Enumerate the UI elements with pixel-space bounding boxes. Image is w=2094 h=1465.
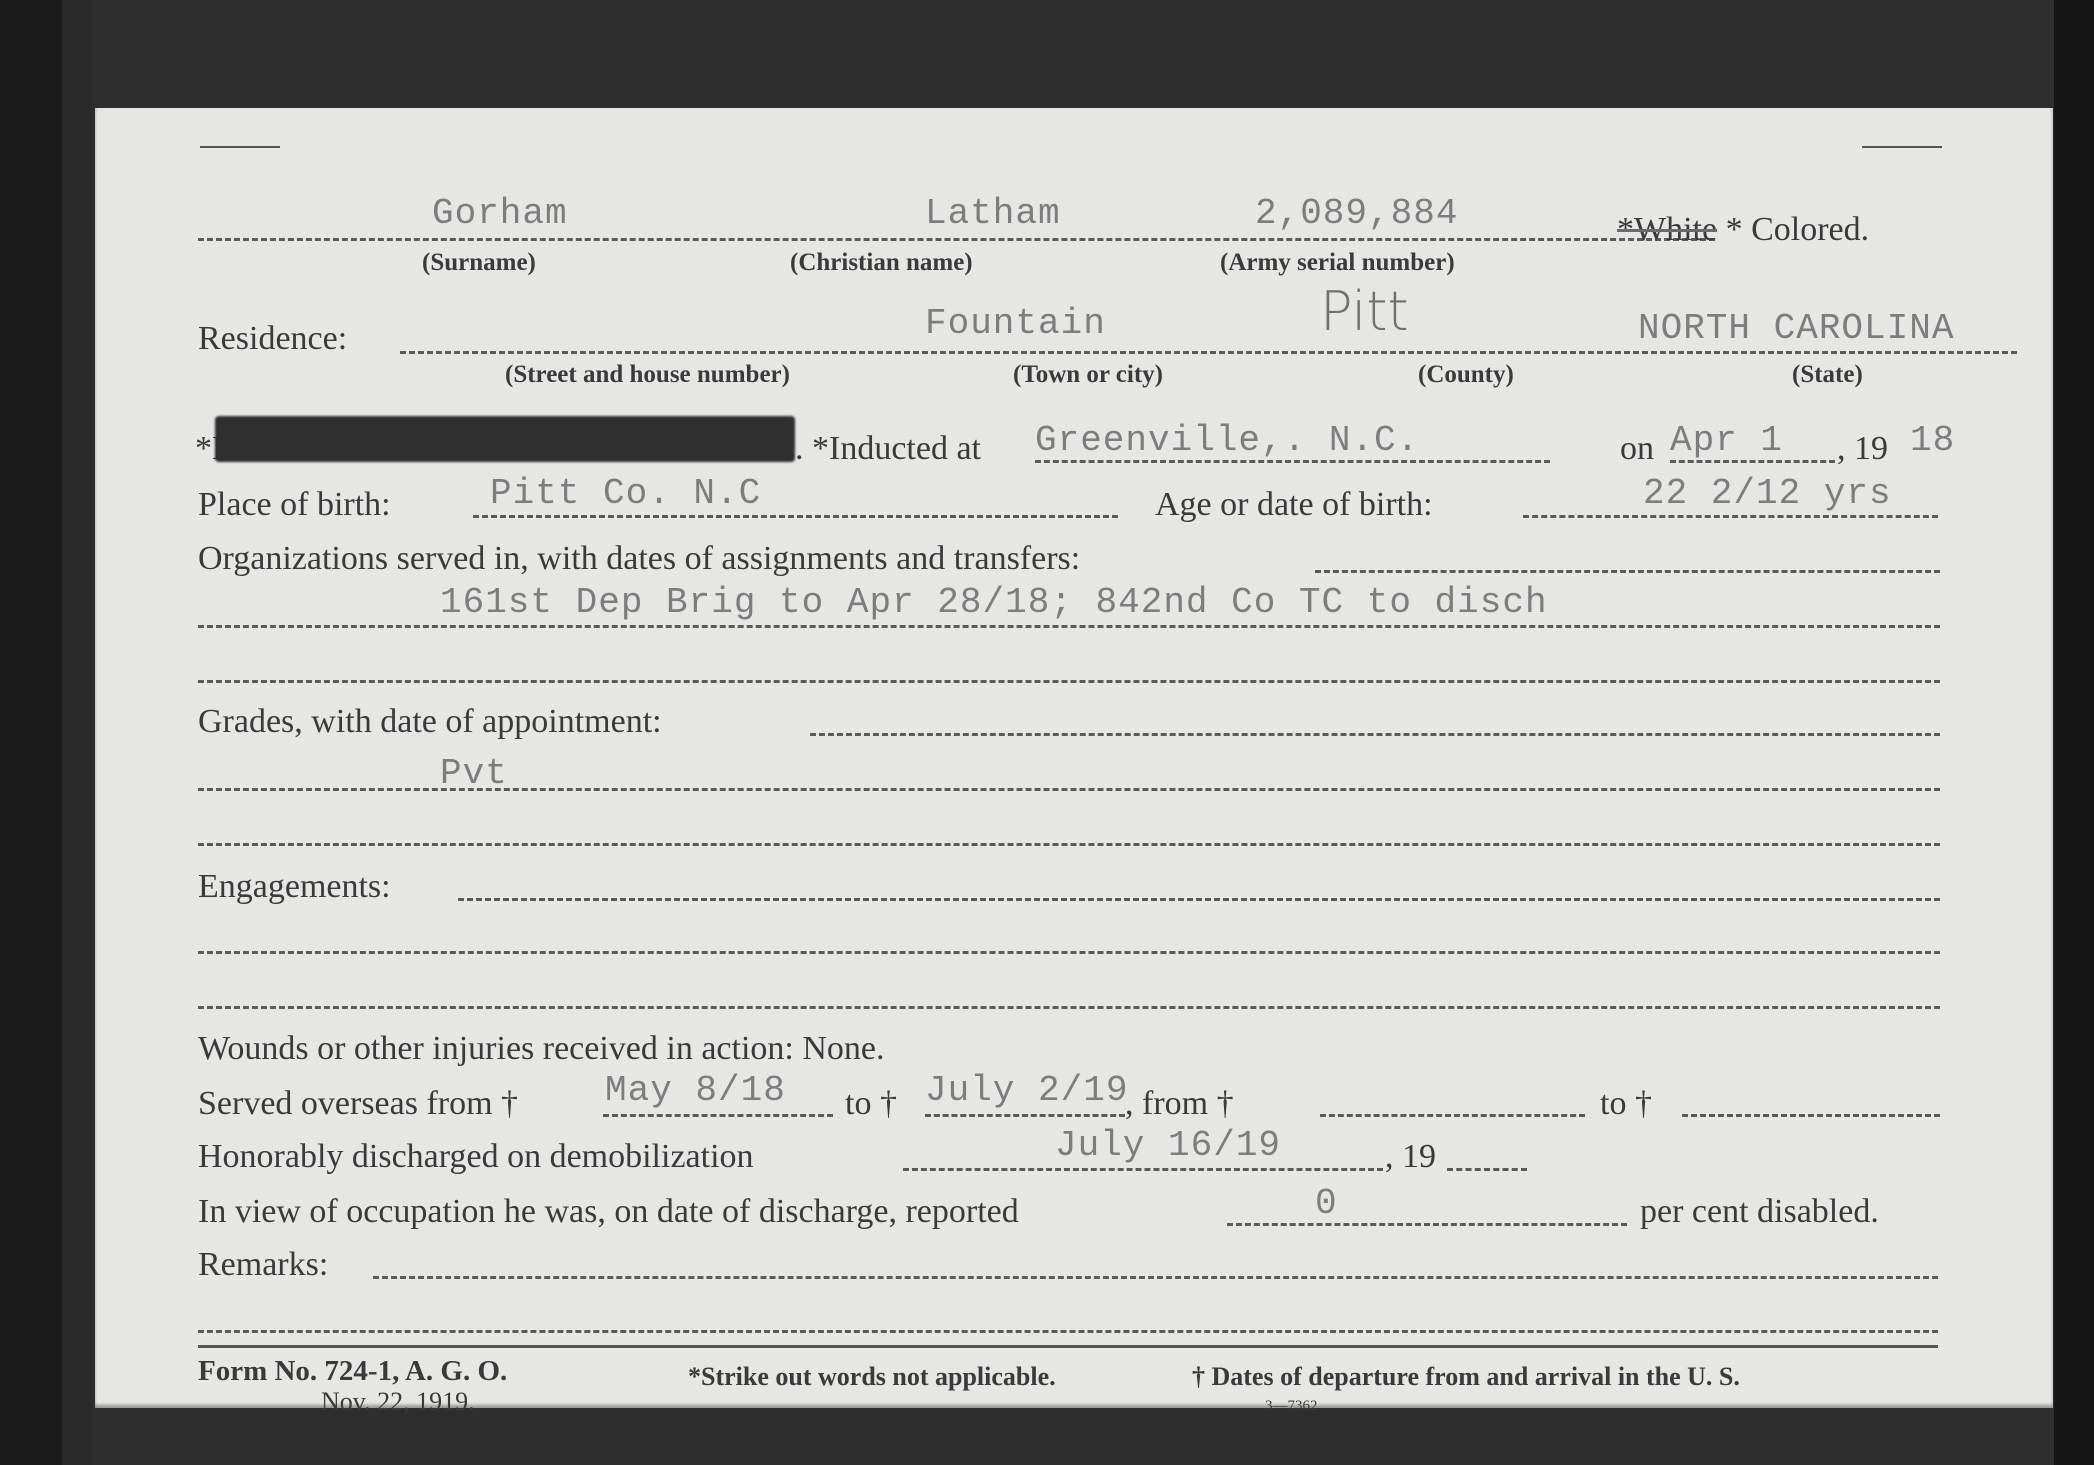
corner-rule-left	[200, 146, 280, 148]
remarks-line-0	[373, 1276, 1938, 1279]
age-line	[1523, 515, 1938, 518]
inducted-on-value: Apr 1	[1670, 420, 1783, 461]
wounds-label: Wounds or other injuries received in act…	[198, 1030, 794, 1067]
print-code: 3—7362	[1265, 1398, 1318, 1415]
disability-line	[1227, 1223, 1627, 1226]
organizations-entry: 161st Dep Brig to Apr 28/18; 842nd Co TC…	[440, 582, 1548, 623]
overseas-to-2-line	[1682, 1114, 1940, 1117]
overseas-to-label-2: to †	[1600, 1085, 1652, 1123]
induction-year-suffix: 18	[1910, 420, 1955, 461]
overseas-to-label-1: to †	[845, 1085, 897, 1123]
organizations-line-1	[198, 625, 1940, 628]
form-date: Nov. 22, 1919.	[321, 1387, 475, 1417]
inducted-at-value: Greenville,. N.C.	[1035, 420, 1419, 461]
inducted-on-line	[1670, 460, 1835, 463]
street-label: (Street and house number)	[505, 361, 790, 389]
grades-label: Grades, with date of appointment:	[198, 703, 662, 741]
overseas-to-1: July 2/19	[925, 1070, 1128, 1111]
organizations-line-2	[198, 680, 1940, 683]
christian-name-label: (Christian name)	[790, 249, 973, 277]
service-record-card: Gorham Latham 2,089,884 *White * Colored…	[95, 108, 2053, 1408]
place-of-birth-line	[473, 515, 1118, 518]
discharge-year-label: , 19	[1385, 1138, 1436, 1176]
serial-number-value: 2,089,884	[1255, 193, 1458, 234]
discharge-date: July 16/19	[1055, 1125, 1281, 1166]
residence-label: Residence:	[198, 320, 347, 358]
discharge-year-line	[1447, 1168, 1527, 1171]
organizations-line-0	[1315, 570, 1940, 573]
footer-rule	[198, 1345, 1938, 1348]
wounds-value: None.	[802, 1030, 884, 1067]
grades-line-0	[810, 733, 1940, 736]
inducted-at-label: . *Inducted at	[795, 430, 981, 468]
place-of-birth-label: Place of birth:	[198, 486, 391, 524]
grades-line-2	[198, 843, 1940, 846]
engagements-line-2	[198, 1006, 1940, 1009]
overseas-from-label-2: , from †	[1125, 1085, 1234, 1123]
inducted-on-label: on	[1620, 430, 1654, 468]
overseas-from-1: May 8/18	[605, 1070, 786, 1111]
residence-county-value: Pitt	[1320, 280, 1409, 343]
age-label: Age or date of birth:	[1155, 486, 1433, 524]
form-number: Form No. 724-1, A. G. O.	[198, 1355, 507, 1388]
serial-number-label: (Army serial number)	[1220, 249, 1455, 277]
state-label: (State)	[1792, 361, 1863, 389]
overseas-from-1-line	[603, 1114, 833, 1117]
county-label: (County)	[1418, 361, 1514, 389]
residence-line	[400, 351, 2017, 354]
dagger-note: † Dates of departure from and arrival in…	[1192, 1362, 1740, 1392]
remarks-label: Remarks:	[198, 1246, 328, 1284]
scan-border-left-inner	[62, 0, 92, 1465]
grades-line-1	[198, 788, 1940, 791]
race-colored: * Colored.	[1726, 211, 1870, 248]
disability-suffix: per cent disabled.	[1640, 1193, 1879, 1231]
engagements-line-1	[198, 951, 1940, 954]
wounds-row: Wounds or other injuries received in act…	[198, 1030, 885, 1068]
name-line	[198, 238, 1715, 241]
overseas-to-1-line	[925, 1114, 1125, 1117]
scan-border-left	[0, 0, 62, 1465]
residence-town-value: Fountain	[925, 303, 1106, 344]
race-options: *White * Colored.	[1617, 211, 1869, 249]
redaction-mark	[215, 416, 795, 462]
disability-percent: 0	[1315, 1183, 1338, 1224]
race-white-struck: *White	[1617, 211, 1717, 248]
organizations-label: Organizations served in, with dates of a…	[198, 540, 1080, 578]
corner-rule-right	[1862, 146, 1942, 148]
residence-state-value: NORTH CAROLINA	[1638, 308, 1954, 349]
discharge-line	[903, 1168, 1383, 1171]
inducted-at-line	[1035, 460, 1550, 463]
strike-note: *Strike out words not applicable.	[688, 1362, 1056, 1392]
engagements-line-0	[458, 898, 1940, 901]
surname-value: Gorham	[432, 193, 568, 234]
induction-year-prefix: , 19	[1837, 430, 1888, 468]
overseas-label: Served overseas from †	[198, 1085, 518, 1123]
town-label: (Town or city)	[1013, 361, 1163, 389]
place-of-birth-value: Pitt Co. N.C	[490, 473, 761, 514]
engagements-label: Engagements:	[198, 868, 391, 906]
remarks-line-1	[198, 1330, 1938, 1333]
scan-border-right	[2054, 0, 2094, 1465]
disability-label: In view of occupation he was, on date of…	[198, 1193, 1019, 1231]
age-value: 22 2/12 yrs	[1643, 473, 1892, 514]
discharge-label: Honorably discharged on demobilization	[198, 1138, 754, 1176]
surname-label: (Surname)	[422, 249, 536, 277]
overseas-from-2-line	[1320, 1114, 1585, 1117]
christian-name-value: Latham	[925, 193, 1061, 234]
